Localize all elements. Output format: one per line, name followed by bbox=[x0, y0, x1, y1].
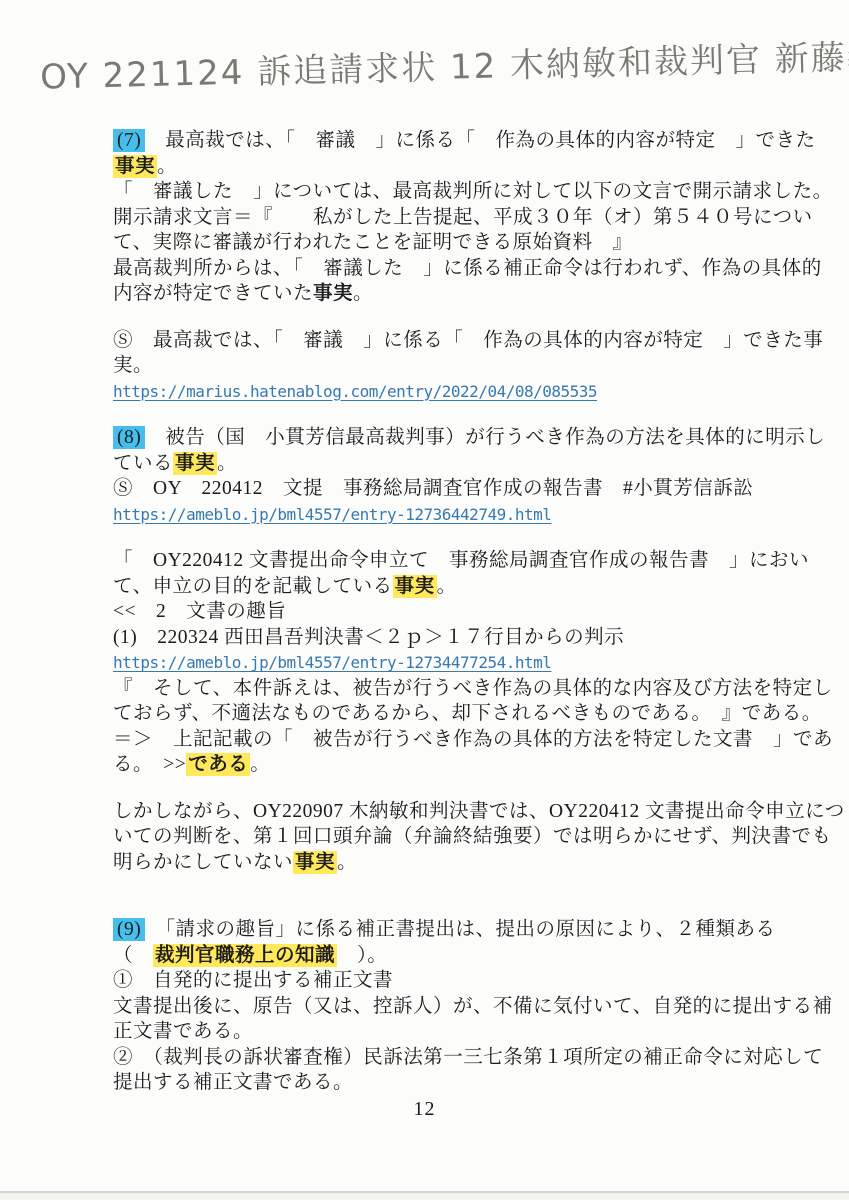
text-line: 『 そして、本件訴えは、被告が行うべき作為の具体的な内容及び方法を特定し bbox=[113, 676, 803, 702]
text-run: て、実際に審議が行われたことを証明できる原始資料 』 bbox=[113, 232, 633, 253]
document-body: (7) 最高裁では、「 審議 」に係る「 作為の具体的内容が特定 」できた事実。… bbox=[113, 128, 803, 1096]
text-line: Ⓢ OY 220412 文提 事務総局調査官作成の報告書 #小貫芳信訴訟 bbox=[113, 476, 803, 502]
paragraph: (7) 最高裁では、「 審議 」に係る「 作為の具体的内容が特定 」できた事実。… bbox=[113, 128, 803, 307]
link-text: https://ameblo.jp/bml4557/entry-12736442… bbox=[113, 505, 551, 524]
text-line: 内容が特定できていた事実。 bbox=[113, 281, 803, 307]
text-run: 明らかにしていない bbox=[113, 852, 293, 873]
text-run: しかしながら、OY220907 木納敏和判決書では、OY220412 文書提出命… bbox=[113, 801, 845, 822]
text-run: ＝＞ 上記記載の「 被告が行うべき作為の具体的方法を特定した文書 」であ bbox=[113, 729, 833, 750]
text-line: ＝＞ 上記記載の「 被告が行うべき作為の具体的方法を特定した文書 」であ bbox=[113, 727, 803, 753]
text-run: 提出する補正文書である。 bbox=[113, 1072, 353, 1093]
text-run: ① 自発的に提出する補正文書 bbox=[113, 970, 393, 991]
text-line: (1) 220324 西田昌吾判決書＜２ｐ＞１７行目からの判示 bbox=[113, 625, 803, 651]
text-run: 。 bbox=[353, 283, 373, 304]
text-run: 文書提出後に、原告（又は、控訴人）が、不備に気付いて、自発的に提出する補 bbox=[113, 996, 833, 1017]
text-run: 。 bbox=[217, 453, 237, 474]
text-line: https://ameblo.jp/bml4557/entry-12736442… bbox=[113, 502, 803, 528]
text-run: いての判断を、第１回口頭弁論（弁論終結強要）では明らかにせず、判決書でも bbox=[113, 826, 831, 847]
paragraph: 「 OY220412 文書提出命令申立て 事務総局調査官作成の報告書 」において… bbox=[113, 548, 803, 778]
highlighted-text: である bbox=[186, 753, 250, 776]
text-run: 最高裁では、「 審議 」に係る「 作為の具体的内容が特定 」できた bbox=[145, 130, 815, 151]
text-line: 正文書である。 bbox=[113, 1019, 803, 1045]
item-number-highlight: (9) bbox=[113, 918, 145, 941]
highlighted-text: 事実 bbox=[393, 575, 437, 598]
text-run: 『 そして、本件訴えは、被告が行うべき作為の具体的な内容及び方法を特定し bbox=[113, 678, 833, 699]
highlighted-text: 事実 bbox=[293, 851, 337, 874]
text-line: 実。 bbox=[113, 353, 803, 379]
text-run: ている bbox=[113, 453, 173, 474]
highlighted-text: 事実 bbox=[173, 452, 217, 475]
text-run: る。 >> bbox=[113, 754, 186, 775]
link-text: https://ameblo.jp/bml4557/entry-12734477… bbox=[113, 653, 551, 672]
text-run: (1) 220324 西田昌吾判決書＜２ｐ＞１７行目からの判示 bbox=[113, 627, 624, 648]
text-line: る。 >>である。 bbox=[113, 752, 803, 778]
handwritten-annotation: OY 221124 訴追請求状 12 木納敏和裁判官 新藤義孝議員 bbox=[40, 30, 831, 98]
text-run: << 2 文書の趣旨 bbox=[113, 601, 286, 622]
paragraph: Ⓢ 最高裁では、「 審議 」に係る「 作為の具体的内容が特定 」できた事実。ht… bbox=[113, 328, 803, 405]
text-run: 。 bbox=[337, 852, 357, 873]
text-line: 開示請求文言＝『 私がした上告提起、平成３０年（オ）第５４０号につい bbox=[113, 205, 803, 231]
text-line: ① 自発的に提出する補正文書 bbox=[113, 968, 803, 994]
paragraph: しかしながら、OY220907 木納敏和判決書では、OY220412 文書提出命… bbox=[113, 799, 803, 876]
text-run: 「請求の趣旨」に係る補正書提出は、提出の原因により、２種類ある bbox=[145, 919, 775, 940]
text-run: て、申立の目的を記載している bbox=[113, 576, 393, 597]
text-line: (9) 「請求の趣旨」に係る補正書提出は、提出の原因により、２種類ある bbox=[113, 917, 803, 943]
link-text: https://marius.hatenablog.com/entry/2022… bbox=[113, 382, 597, 401]
text-line: (7) 最高裁では、「 審議 」に係る「 作為の具体的内容が特定 」できた bbox=[113, 128, 803, 154]
text-line: しかしながら、OY220907 木納敏和判決書では、OY220412 文書提出命… bbox=[113, 799, 803, 825]
text-line: ② （裁判長の訴状審査権）民訴法第一三七条第１項所定の補正命令に対応して bbox=[113, 1045, 803, 1071]
text-line: https://marius.hatenablog.com/entry/2022… bbox=[113, 379, 803, 405]
text-run: 被告（国 小貫芳信最高裁判事）が行うべき作為の方法を具体的に明示し bbox=[145, 427, 825, 448]
text-run: 実。 bbox=[113, 355, 153, 376]
text-run: （ bbox=[113, 945, 153, 966]
text-run: ておらず、不適法なものであるから、却下されるべきものである。 』である。 bbox=[113, 703, 822, 724]
scanned-page: OY 221124 訴追請求状 12 木納敏和裁判官 新藤義孝議員 (7) 最高… bbox=[0, 0, 849, 1200]
text-line: 事実。 bbox=[113, 154, 803, 180]
page-number: 12 bbox=[0, 1098, 849, 1121]
scan-edge-shadow bbox=[0, 1193, 849, 1200]
paragraph: (8) 被告（国 小貫芳信最高裁判事）が行うべき作為の方法を具体的に明示している… bbox=[113, 425, 803, 527]
item-number-highlight: (7) bbox=[113, 129, 145, 152]
text-line: ている事実。 bbox=[113, 451, 803, 477]
text-line: 文書提出後に、原告（又は、控訴人）が、不備に気付いて、自発的に提出する補 bbox=[113, 994, 803, 1020]
text-line: て、実際に審議が行われたことを証明できる原始資料 』 bbox=[113, 230, 803, 256]
text-run: 最高裁判所からは、「 審議した 」に係る補正命令は行われず、作為の具体的 bbox=[113, 258, 822, 279]
item-number-highlight: (8) bbox=[113, 426, 145, 449]
text-line: 明らかにしていない事実。 bbox=[113, 850, 803, 876]
text-run: ② （裁判長の訴状審査権）民訴法第一三七条第１項所定の補正命令に対応して bbox=[113, 1047, 823, 1068]
text-line: 「 OY220412 文書提出命令申立て 事務総局調査官作成の報告書 」におい bbox=[113, 548, 803, 574]
text-run: ）。 bbox=[337, 945, 387, 966]
text-line: 提出する補正文書である。 bbox=[113, 1070, 803, 1096]
text-line: 「 審議した 」については、最高裁判所に対して以下の文言で開示請求した。 bbox=[113, 179, 803, 205]
text-line: (8) 被告（国 小貫芳信最高裁判事）が行うべき作為の方法を具体的に明示し bbox=[113, 425, 803, 451]
text-run: 。 bbox=[157, 156, 177, 177]
text-run: 「 審議した 」については、最高裁判所に対して以下の文言で開示請求した。 bbox=[113, 181, 833, 202]
text-run: Ⓢ OY 220412 文提 事務総局調査官作成の報告書 #小貫芳信訴訟 bbox=[113, 478, 753, 499]
text-line: （ 裁判官職務上の知識 ）。 bbox=[113, 943, 803, 969]
text-run: 「 OY220412 文書提出命令申立て 事務総局調査官作成の報告書 」におい bbox=[113, 550, 809, 571]
highlighted-text: 裁判官職務上の知識 bbox=[153, 944, 337, 967]
text-run: 開示請求文言＝『 私がした上告提起、平成３０年（オ）第５４０号につい bbox=[113, 207, 813, 228]
text-run: 。 bbox=[250, 754, 270, 775]
text-line: https://ameblo.jp/bml4557/entry-12734477… bbox=[113, 650, 803, 676]
text-line: ておらず、不適法なものであるから、却下されるべきものである。 』である。 bbox=[113, 701, 803, 727]
text-line: << 2 文書の趣旨 bbox=[113, 599, 803, 625]
text-line: Ⓢ 最高裁では、「 審議 」に係る「 作為の具体的内容が特定 」できた事 bbox=[113, 328, 803, 354]
text-run: 正文書である。 bbox=[113, 1021, 253, 1042]
bold-text: 事実 bbox=[313, 283, 353, 304]
text-run: Ⓢ 最高裁では、「 審議 」に係る「 作為の具体的内容が特定 」できた事 bbox=[113, 330, 823, 351]
paragraph: (9) 「請求の趣旨」に係る補正書提出は、提出の原因により、２種類ある（ 裁判官… bbox=[113, 917, 803, 1096]
text-run: 。 bbox=[437, 576, 457, 597]
highlighted-text: 事実 bbox=[113, 155, 157, 178]
text-line: て、申立の目的を記載している事実。 bbox=[113, 574, 803, 600]
text-line: 最高裁判所からは、「 審議した 」に係る補正命令は行われず、作為の具体的 bbox=[113, 256, 803, 282]
text-run: 内容が特定できていた bbox=[113, 283, 313, 304]
text-line: いての判断を、第１回口頭弁論（弁論終結強要）では明らかにせず、判決書でも bbox=[113, 824, 803, 850]
